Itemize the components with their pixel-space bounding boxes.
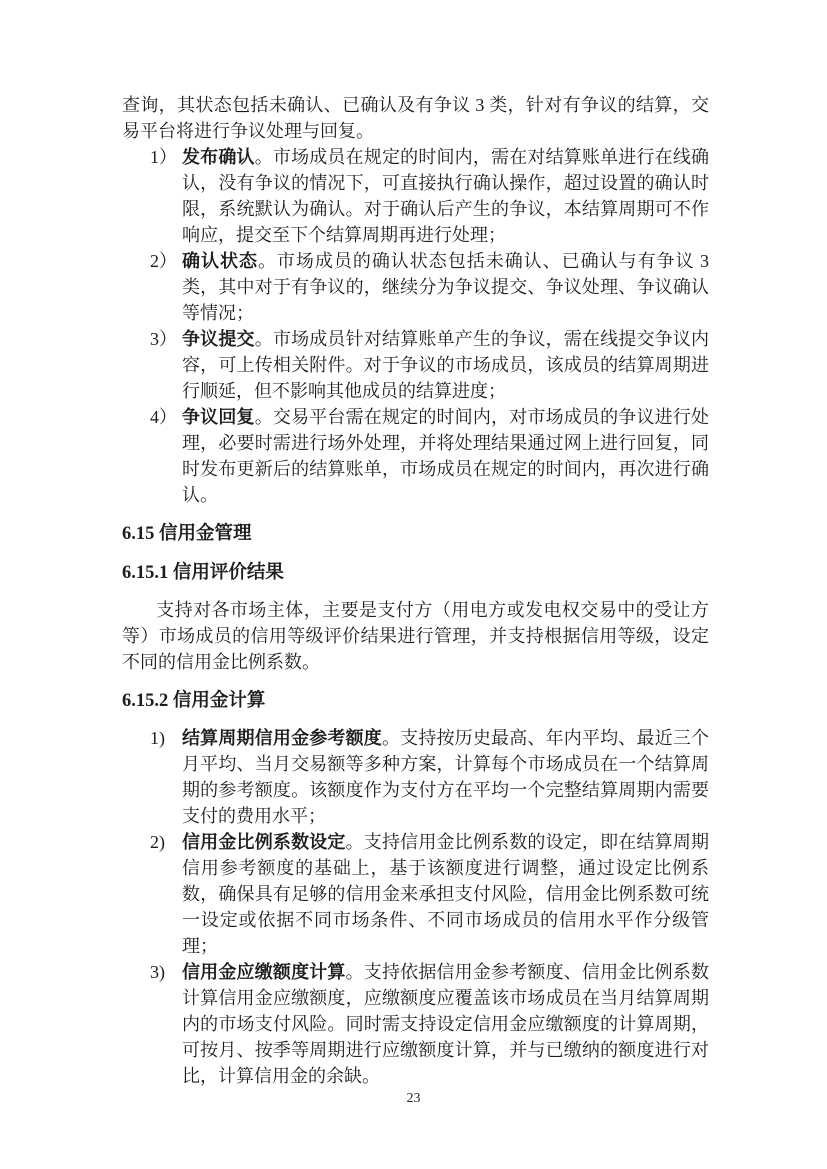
list-item-number: 1） [150,144,177,170]
list-item-text: 。市场成员的确认状态包括未确认、已确认与有争议 3 类，其中对于有争议的，继续分… [182,251,709,323]
section-heading-6151: 6.15.1 信用评价结果 [122,560,709,586]
list-item: 1）发布确认。市场成员在规定的时间内，需在对结算账单进行在线确认，没有争议的情况… [122,144,709,248]
intro-paragraph: 查询，其状态包括未确认、已确认及有争议 3 类，针对有争议的结算，交易平台将进行… [122,92,709,144]
list-item: 4）争议回复。交易平台需在规定的时间内，对市场成员的争议进行处理，必要时需进行场… [122,404,709,508]
list-item-number: 1) [150,725,165,751]
list-item-term: 确认状态 [182,251,258,271]
section-heading-6152: 6.15.2 信用金计算 [122,688,709,714]
list-item: 2）确认状态。市场成员的确认状态包括未确认、已确认与有争议 3 类，其中对于有争… [122,248,709,326]
page-number: 23 [0,1091,827,1107]
section-6151-paragraph: 支持对各市场主体，主要是支付方（用电方或发电权交易中的受让方等）市场成员的信用等… [122,597,709,675]
list-item: 2)信用金比例系数设定。支持信用金比例系数的设定，即在结算周期信用参考额度的基础… [122,829,709,959]
list-item-term: 结算周期信用金参考额度 [182,728,382,748]
confirmation-list: 1）发布确认。市场成员在规定的时间内，需在对结算账单进行在线确认，没有争议的情况… [122,144,709,508]
list-item-text: 。市场成员在规定的时间内，需在对结算账单进行在线确认，没有争议的情况下，可直接执… [182,147,709,245]
section-heading-615: 6.15 信用金管理 [122,521,709,547]
list-item: 1)结算周期信用金参考额度。支持按历史最高、年内平均、最近三个月平均、当月交易额… [122,725,709,829]
list-item-number: 3) [150,959,165,985]
credit-calculation-list: 1)结算周期信用金参考额度。支持按历史最高、年内平均、最近三个月平均、当月交易额… [122,725,709,1089]
list-item-term: 争议回复 [182,407,255,427]
list-item-number: 4） [150,404,177,430]
page-content: 查询，其状态包括未确认、已确认及有争议 3 类，针对有争议的结算，交易平台将进行… [122,92,709,1089]
document-page: 查询，其状态包括未确认、已确认及有争议 3 类，针对有争议的结算，交易平台将进行… [0,0,827,1169]
list-item: 3)信用金应缴额度计算。支持依据信用金参考额度、信用金比例系数计算信用金应缴额度… [122,959,709,1089]
list-item-text: 。市场成员针对结算账单产生的争议，需在线提交争议内容，可上传相关附件。对于争议的… [182,329,709,401]
list-item-term: 信用金比例系数设定 [182,832,346,852]
list-item-text: 。交易平台需在规定的时间内，对市场成员的争议进行处理，必要时需进行场外处理，并将… [182,407,709,505]
list-item-term: 发布确认 [182,147,255,167]
list-item: 3）争议提交。市场成员针对结算账单产生的争议，需在线提交争议内容，可上传相关附件… [122,326,709,404]
list-item-number: 2） [150,248,177,274]
list-item-number: 2) [150,829,165,855]
list-item-number: 3） [150,326,177,352]
list-item-term: 争议提交 [182,329,255,349]
list-item-term: 信用金应缴额度计算 [182,962,346,982]
